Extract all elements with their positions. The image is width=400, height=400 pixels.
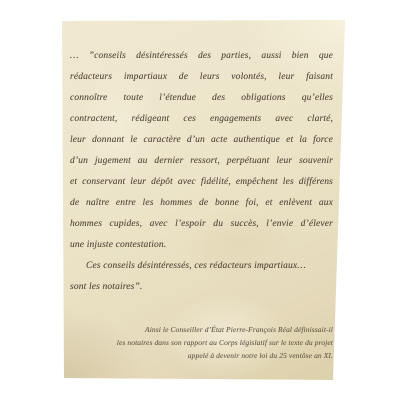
photo-frame: … ”conseils désintéressés des parties, a…: [0, 0, 400, 400]
quote-line: sont les notaires”.: [70, 277, 333, 298]
caption-line: appelé à devenir notre loi du 25 ventôse…: [70, 349, 333, 362]
quote-line: de naître entre les hommes de bonne foi,…: [70, 193, 333, 214]
quote-line: et conservant leur dépôt avec fidélité, …: [70, 172, 333, 193]
quote-line: rédacteurs impartiaux de leurs volontés,…: [70, 67, 333, 88]
quote-line: hommes cupides, avec l’espoir du succès,…: [70, 214, 333, 235]
attribution-caption: Ainsi le Conseiller d’État Pierre-Franço…: [70, 323, 333, 362]
caption-line: les notaires dans son rapport au Corps l…: [70, 336, 333, 349]
quote-line: connoître toute l’étendue des obligation…: [70, 88, 333, 109]
caption-line: Ainsi le Conseiller d’État Pierre-Franço…: [70, 323, 333, 336]
quote-line: d’un jugement au dernier ressort, perpét…: [70, 151, 333, 172]
quote-line: Ces conseils désintéressés, ces rédacteu…: [70, 256, 333, 277]
book-page-paper: … ”conseils désintéressés des parties, a…: [62, 20, 345, 380]
quote-line: contractent, rédigeant ces engagements a…: [70, 109, 333, 130]
quote-line: une injuste contestation.: [70, 235, 333, 256]
quote-line: … ”conseils désintéressés des parties, a…: [70, 46, 333, 67]
quote-text: … ”conseils désintéressés des parties, a…: [70, 46, 333, 298]
quote-line: leur donnant le caractère d’un acte auth…: [70, 130, 333, 151]
